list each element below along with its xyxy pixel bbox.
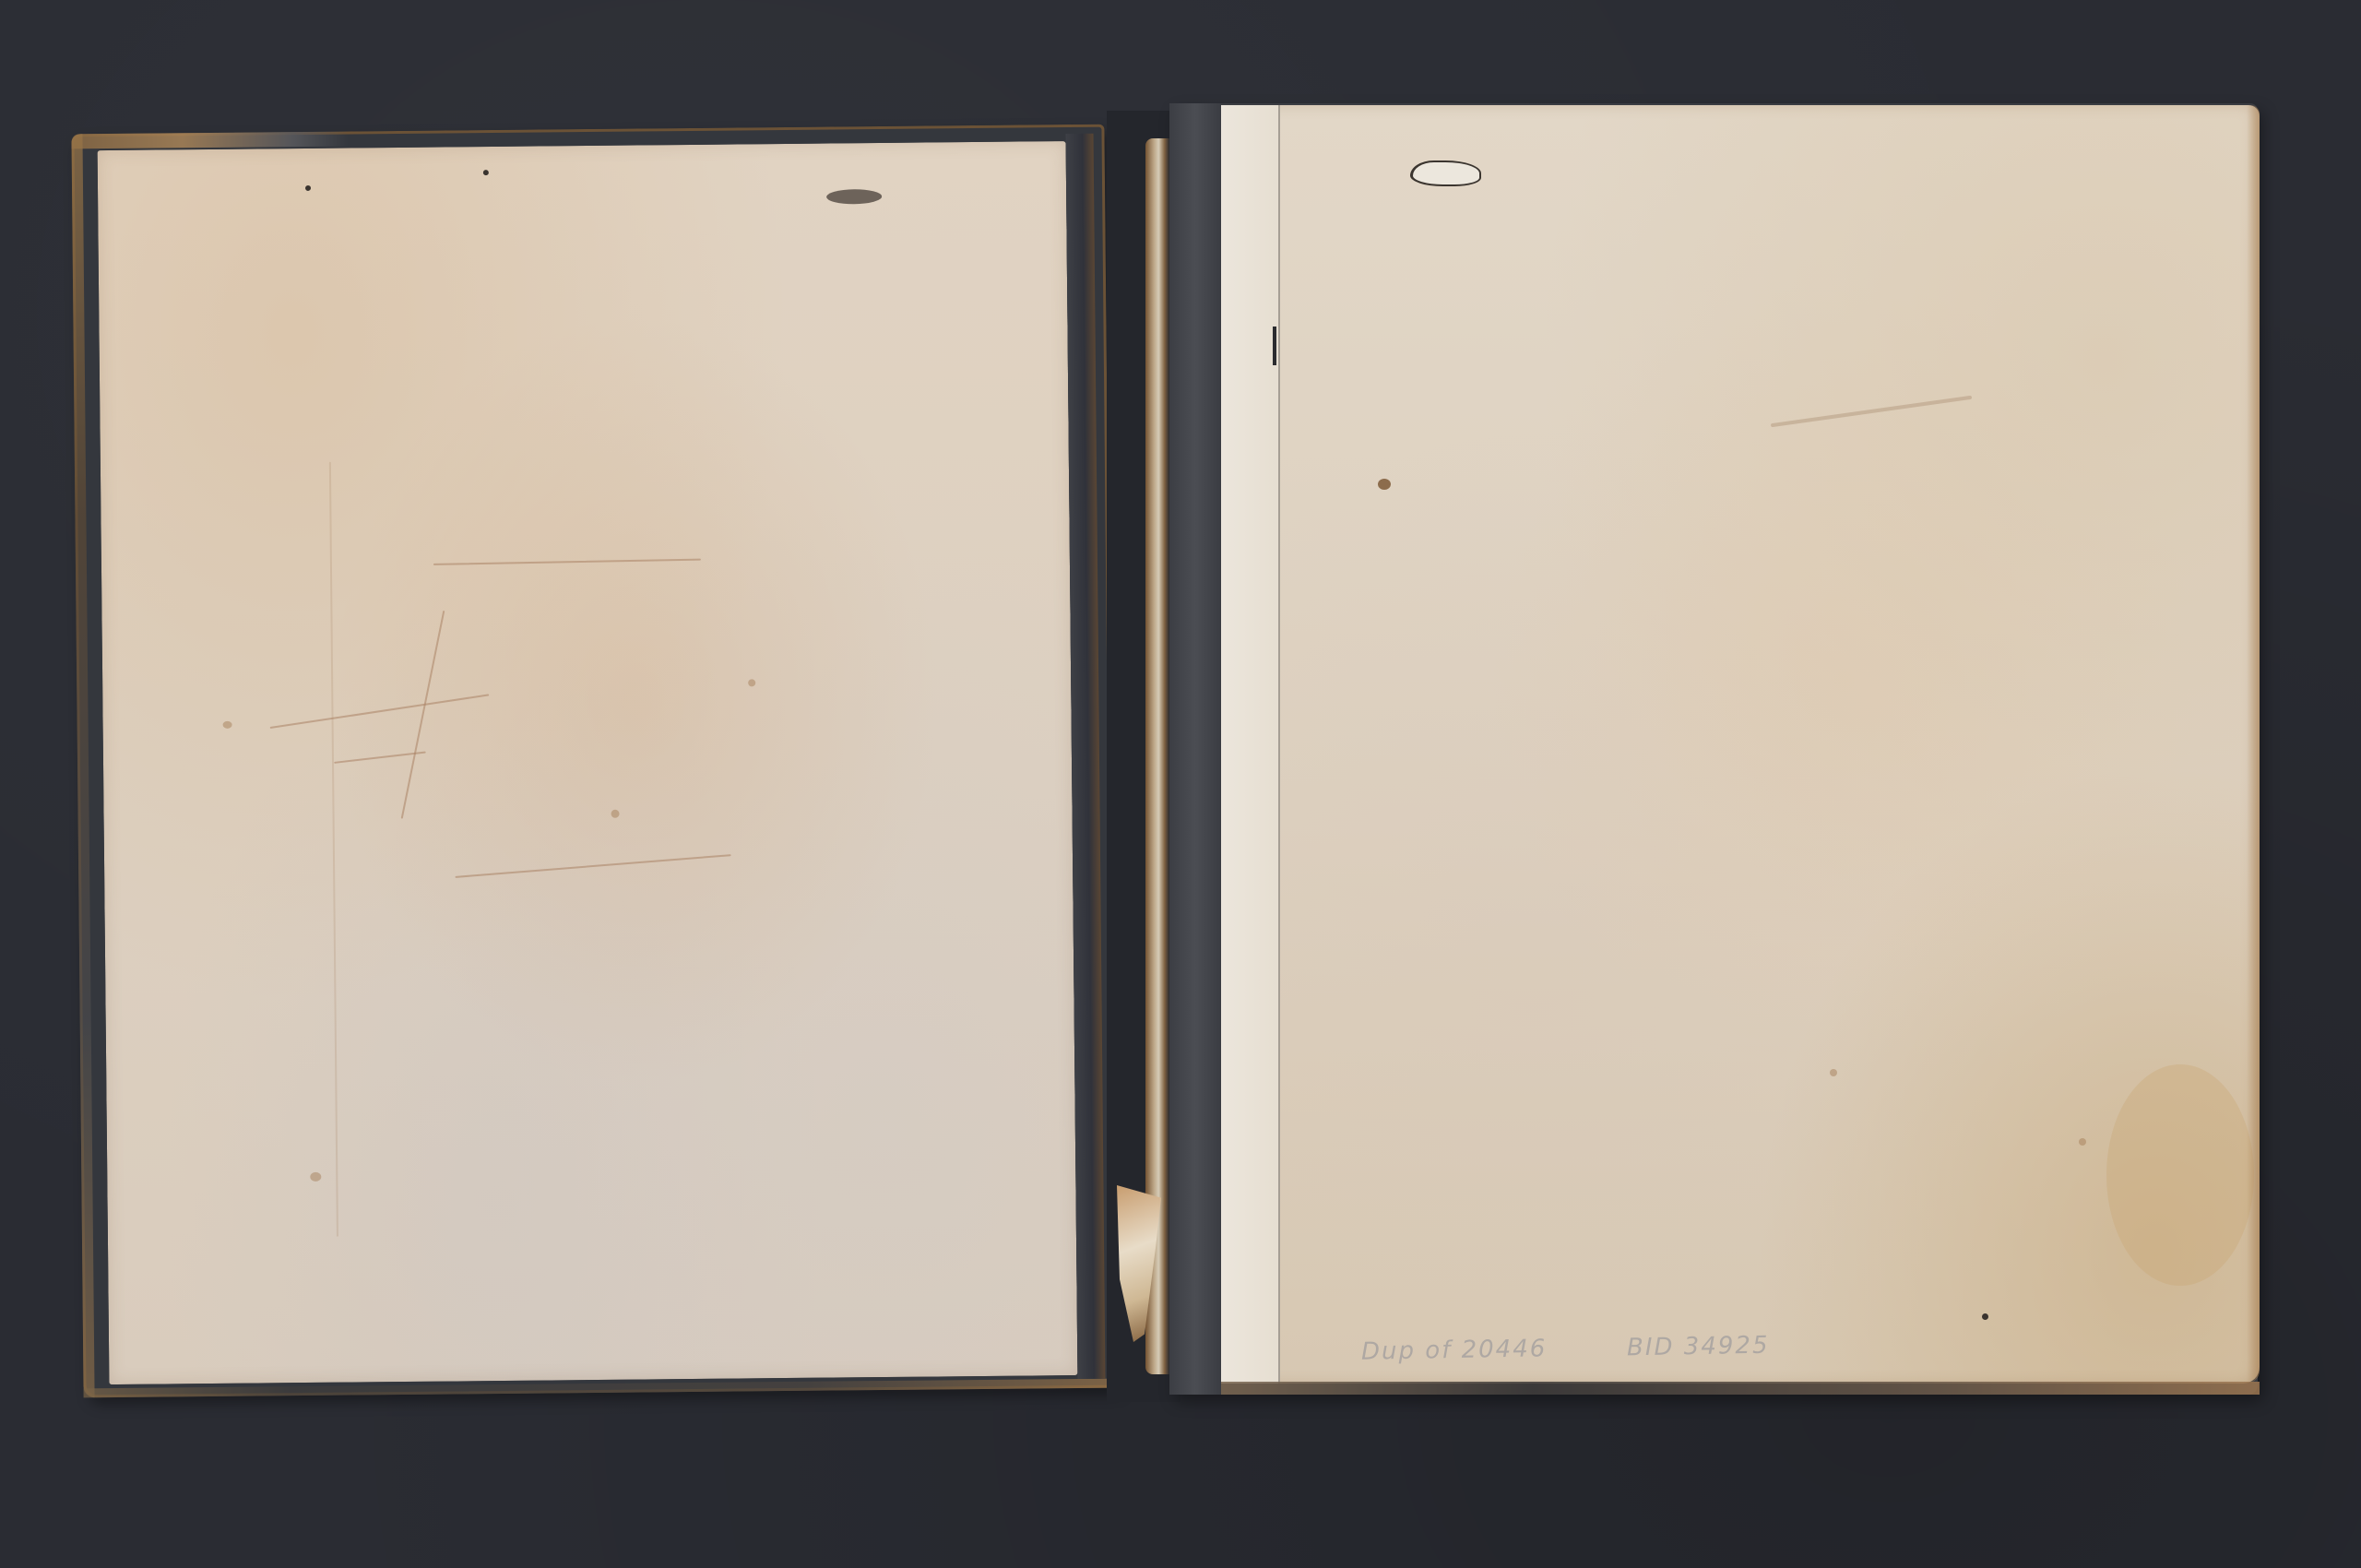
crease bbox=[401, 611, 445, 819]
photo-background: Dup of 20446 BID 34925 bbox=[0, 0, 2361, 1568]
binding-mark bbox=[1273, 327, 1276, 365]
stain-spot bbox=[1771, 396, 1972, 428]
crease bbox=[329, 462, 338, 1237]
stain-spot bbox=[1378, 479, 1391, 490]
stain-spot bbox=[1830, 1069, 1837, 1076]
fore-edge bbox=[2247, 105, 2260, 1384]
stain-spot bbox=[748, 679, 755, 686]
stain-spot bbox=[305, 185, 311, 191]
flyleaf-hinge-strip bbox=[1221, 105, 1280, 1384]
stain-spot bbox=[2106, 1064, 2254, 1286]
crease bbox=[270, 694, 490, 729]
stain-spot bbox=[2079, 1138, 2086, 1146]
worn-corner-top-left bbox=[71, 132, 348, 149]
bottom-page-edges bbox=[1221, 1382, 2260, 1395]
crease bbox=[433, 559, 701, 565]
stain-spot bbox=[223, 721, 232, 729]
crease bbox=[455, 854, 730, 878]
front-pastedown-page bbox=[98, 141, 1078, 1384]
text-block: Dup of 20446 BID 34925 bbox=[1169, 103, 2258, 1395]
pencil-note-duplicate: Dup of 20446 bbox=[1361, 1335, 1548, 1366]
stain-spot bbox=[1982, 1313, 1988, 1320]
flyleaf-page: Dup of 20446 BID 34925 bbox=[1221, 105, 2260, 1384]
torn-hole bbox=[1410, 160, 1481, 186]
stain-spot bbox=[826, 189, 882, 205]
front-cover-board bbox=[71, 125, 1116, 1398]
pencil-note-bid: BID 34925 bbox=[1627, 1332, 1770, 1362]
stain-spot bbox=[611, 810, 620, 818]
stain-spot bbox=[310, 1172, 321, 1182]
frayed-spine-lining bbox=[1145, 138, 1169, 1374]
worn-edge-left bbox=[71, 134, 94, 1397]
stain-spot bbox=[483, 170, 489, 175]
spine-cloth-strip bbox=[1169, 103, 1221, 1395]
